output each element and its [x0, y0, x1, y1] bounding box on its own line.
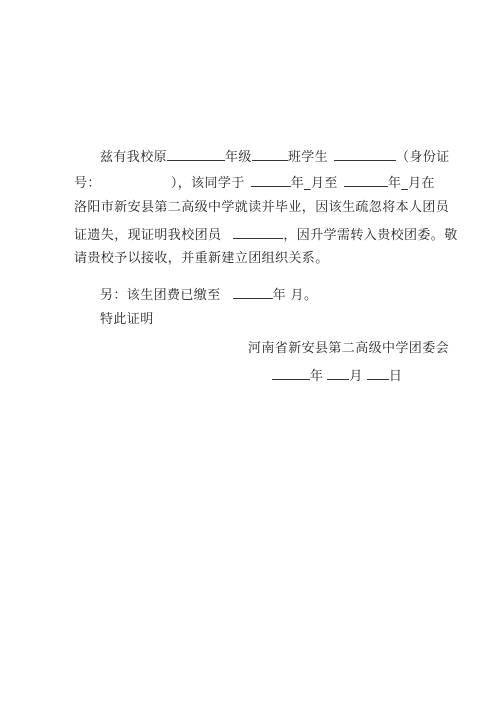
sign-day-blank[interactable] — [367, 367, 389, 380]
signature-org: 河南省新安县第二高级中学团委会 — [248, 341, 449, 357]
text: 班学生 — [288, 150, 328, 165]
signature-date: 年月日 — [272, 367, 402, 385]
class-blank[interactable] — [252, 148, 288, 161]
fee-note: 另：该生团费已缴至年 月。 — [100, 286, 317, 304]
text: ），该同学于 — [171, 176, 245, 191]
text: （身份证 — [396, 150, 450, 165]
text: 年 月。 — [273, 288, 318, 303]
text: 年_月至 — [291, 176, 338, 191]
member-name-blank[interactable] — [233, 226, 283, 239]
text: 月 — [349, 369, 362, 384]
start-year-blank[interactable] — [251, 174, 291, 187]
end-year-blank[interactable] — [344, 174, 388, 187]
body-line-5: 请贵校予以接收，并重新建立团组织关系。 — [74, 251, 329, 267]
text: ，因升学需转入贵校团委。敬 — [283, 228, 457, 243]
sign-month-blank[interactable] — [327, 367, 349, 380]
body-line-4: 证遗失，现证明我校团员，因升学需转入贵校团委。敬 — [74, 226, 458, 244]
fee-date-blank[interactable] — [233, 286, 273, 299]
closing-text: 特此证明 — [100, 312, 154, 328]
body-line-1: 兹有我校原年级班学生（身份证 — [100, 148, 450, 166]
body-line-2: 号：），该同学于年_月至年_月在 — [74, 174, 435, 192]
sign-year-blank[interactable] — [272, 367, 310, 380]
text: 年级 — [225, 150, 252, 165]
text: 号： — [74, 176, 101, 191]
student-name-blank[interactable] — [334, 148, 396, 161]
text: 年_月在 — [388, 176, 435, 191]
text: 兹有我校原 — [100, 150, 167, 165]
body-line-3: 洛阳市新安县第二高级中学就读并毕业，因该生疏忽将本人团员 — [74, 200, 449, 216]
text: 日 — [389, 369, 402, 384]
text: 年 — [310, 369, 323, 384]
text: 证遗失，现证明我校团员 — [74, 228, 221, 243]
text: 另：该生团费已缴至 — [100, 288, 221, 303]
grade-blank[interactable] — [167, 148, 225, 161]
